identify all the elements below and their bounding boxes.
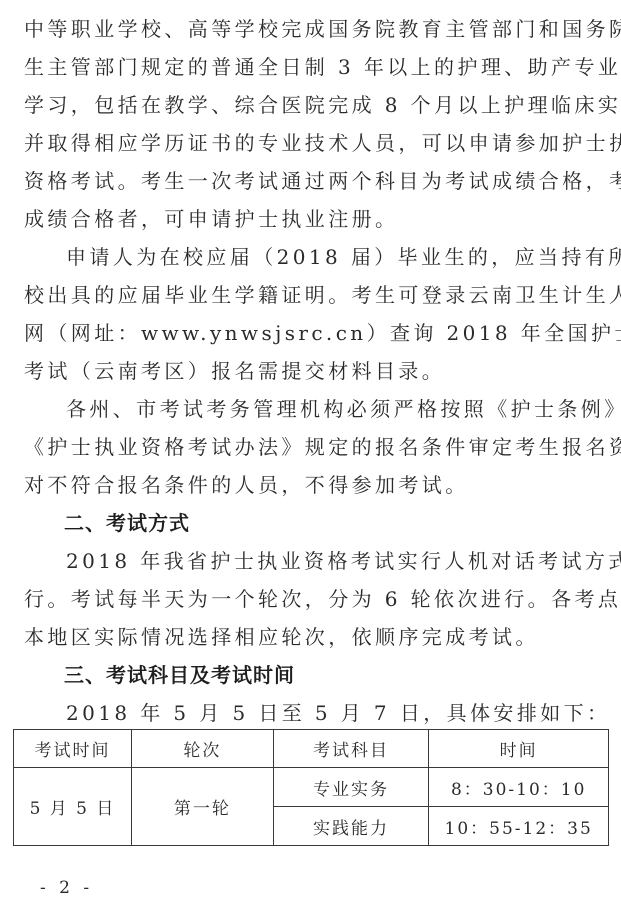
section-3-heading: 三、考试科目及考试时间 <box>64 656 295 694</box>
document-page: 中等职业学校、高等学校完成国务院教育主管部门和国务院卫 生主管部门规定的普通全日… <box>0 0 621 901</box>
exam-schedule-table: 考试时间 轮次 考试科目 时间 5 月 5 日 第一轮 专业实务 8：30-10… <box>13 729 609 846</box>
section-2-line-2: 行。考试每半天为一个轮次，分为 6 轮依次进行。各考点根据 <box>24 580 596 618</box>
paragraph-3-line-3: 对不符合报名条件的人员，不得参加考试。 <box>24 466 596 504</box>
header-time: 时间 <box>429 730 609 768</box>
paragraph-2-line-4: 考试（云南考区）报名需提交材料目录。 <box>24 352 596 390</box>
table-header-row: 考试时间 轮次 考试科目 时间 <box>14 730 609 768</box>
paragraph-1-line-2: 生主管部门规定的普通全日制 3 年以上的护理、助产专业课程 <box>24 48 596 86</box>
cell-time: 10：55-12：35 <box>429 807 609 846</box>
cell-time: 8：30-10：10 <box>429 768 609 807</box>
paragraph-1-line-5: 资格考试。考生一次考试通过两个科目为考试成绩合格，考试 <box>24 162 596 200</box>
paragraph-3-line-2: 《护士执业资格考试办法》规定的报名条件审定考生报名资格， <box>24 428 596 466</box>
page-number: - 2 - <box>40 878 93 898</box>
section-2-line-3: 本地区实际情况选择相应轮次，依顺序完成考试。 <box>24 618 596 656</box>
cell-subject: 实践能力 <box>273 807 429 846</box>
section-3-intro: 2018 年 5 月 5 日至 5 月 7 日，具体安排如下： <box>66 694 596 732</box>
paragraph-2-line-1: 申请人为在校应届（2018 届）毕业生的，应当持有所在学 <box>66 238 596 276</box>
cell-date: 5 月 5 日 <box>14 768 132 846</box>
paragraph-1-line-1: 中等职业学校、高等学校完成国务院教育主管部门和国务院卫 <box>24 10 596 48</box>
paragraph-1-line-3: 学习，包括在教学、综合医院完成 8 个月以上护理临床实习， <box>24 86 596 124</box>
section-2-line-1: 2018 年我省护士执业资格考试实行人机对话考试方式进 <box>66 542 596 580</box>
paragraph-1-line-4: 并取得相应学历证书的专业技术人员，可以申请参加护士执业 <box>24 124 596 162</box>
header-subject: 考试科目 <box>273 730 429 768</box>
table-row: 5 月 5 日 第一轮 专业实务 8：30-10：10 <box>14 768 609 807</box>
paragraph-1-line-6: 成绩合格者，可申请护士执业注册。 <box>24 200 596 238</box>
header-exam-date: 考试时间 <box>14 730 132 768</box>
paragraph-3-line-1: 各州、市考试考务管理机构必须严格按照《护士条例》和 <box>66 390 596 428</box>
header-round: 轮次 <box>131 730 273 768</box>
cell-round: 第一轮 <box>131 768 273 846</box>
cell-subject: 专业实务 <box>273 768 429 807</box>
section-2-heading: 二、考试方式 <box>64 504 190 542</box>
paragraph-2-line-2: 校出具的应届毕业生学籍证明。考生可登录云南卫生计生人才 <box>24 276 596 314</box>
paragraph-2-line-3: 网（网址：www.ynwsjsrc.cn）查询 2018 年全国护士执业资格 <box>24 314 596 352</box>
